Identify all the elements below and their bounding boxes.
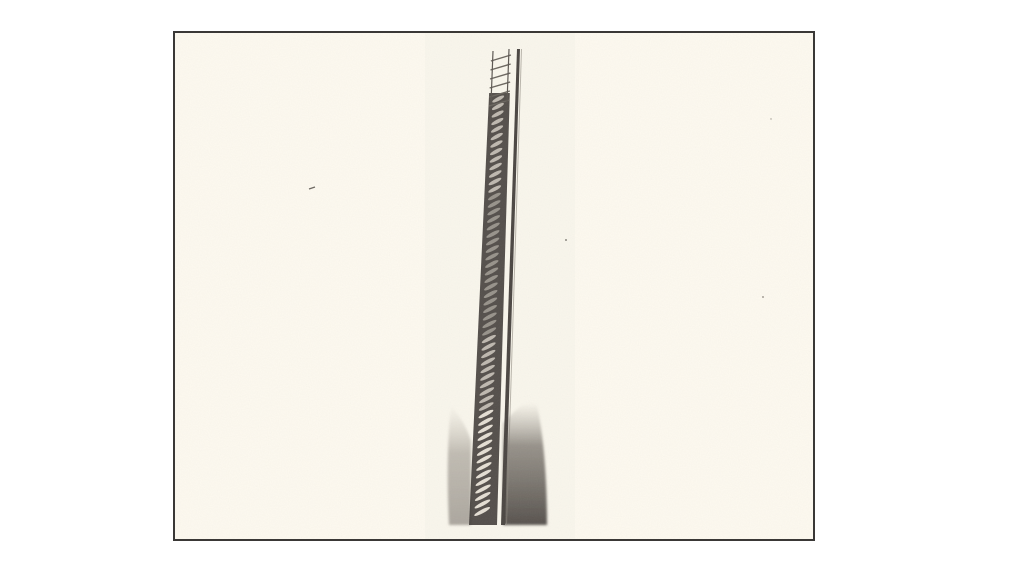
- film-grain: [175, 33, 813, 539]
- photo-frame: [173, 31, 815, 541]
- photograph: [175, 33, 813, 539]
